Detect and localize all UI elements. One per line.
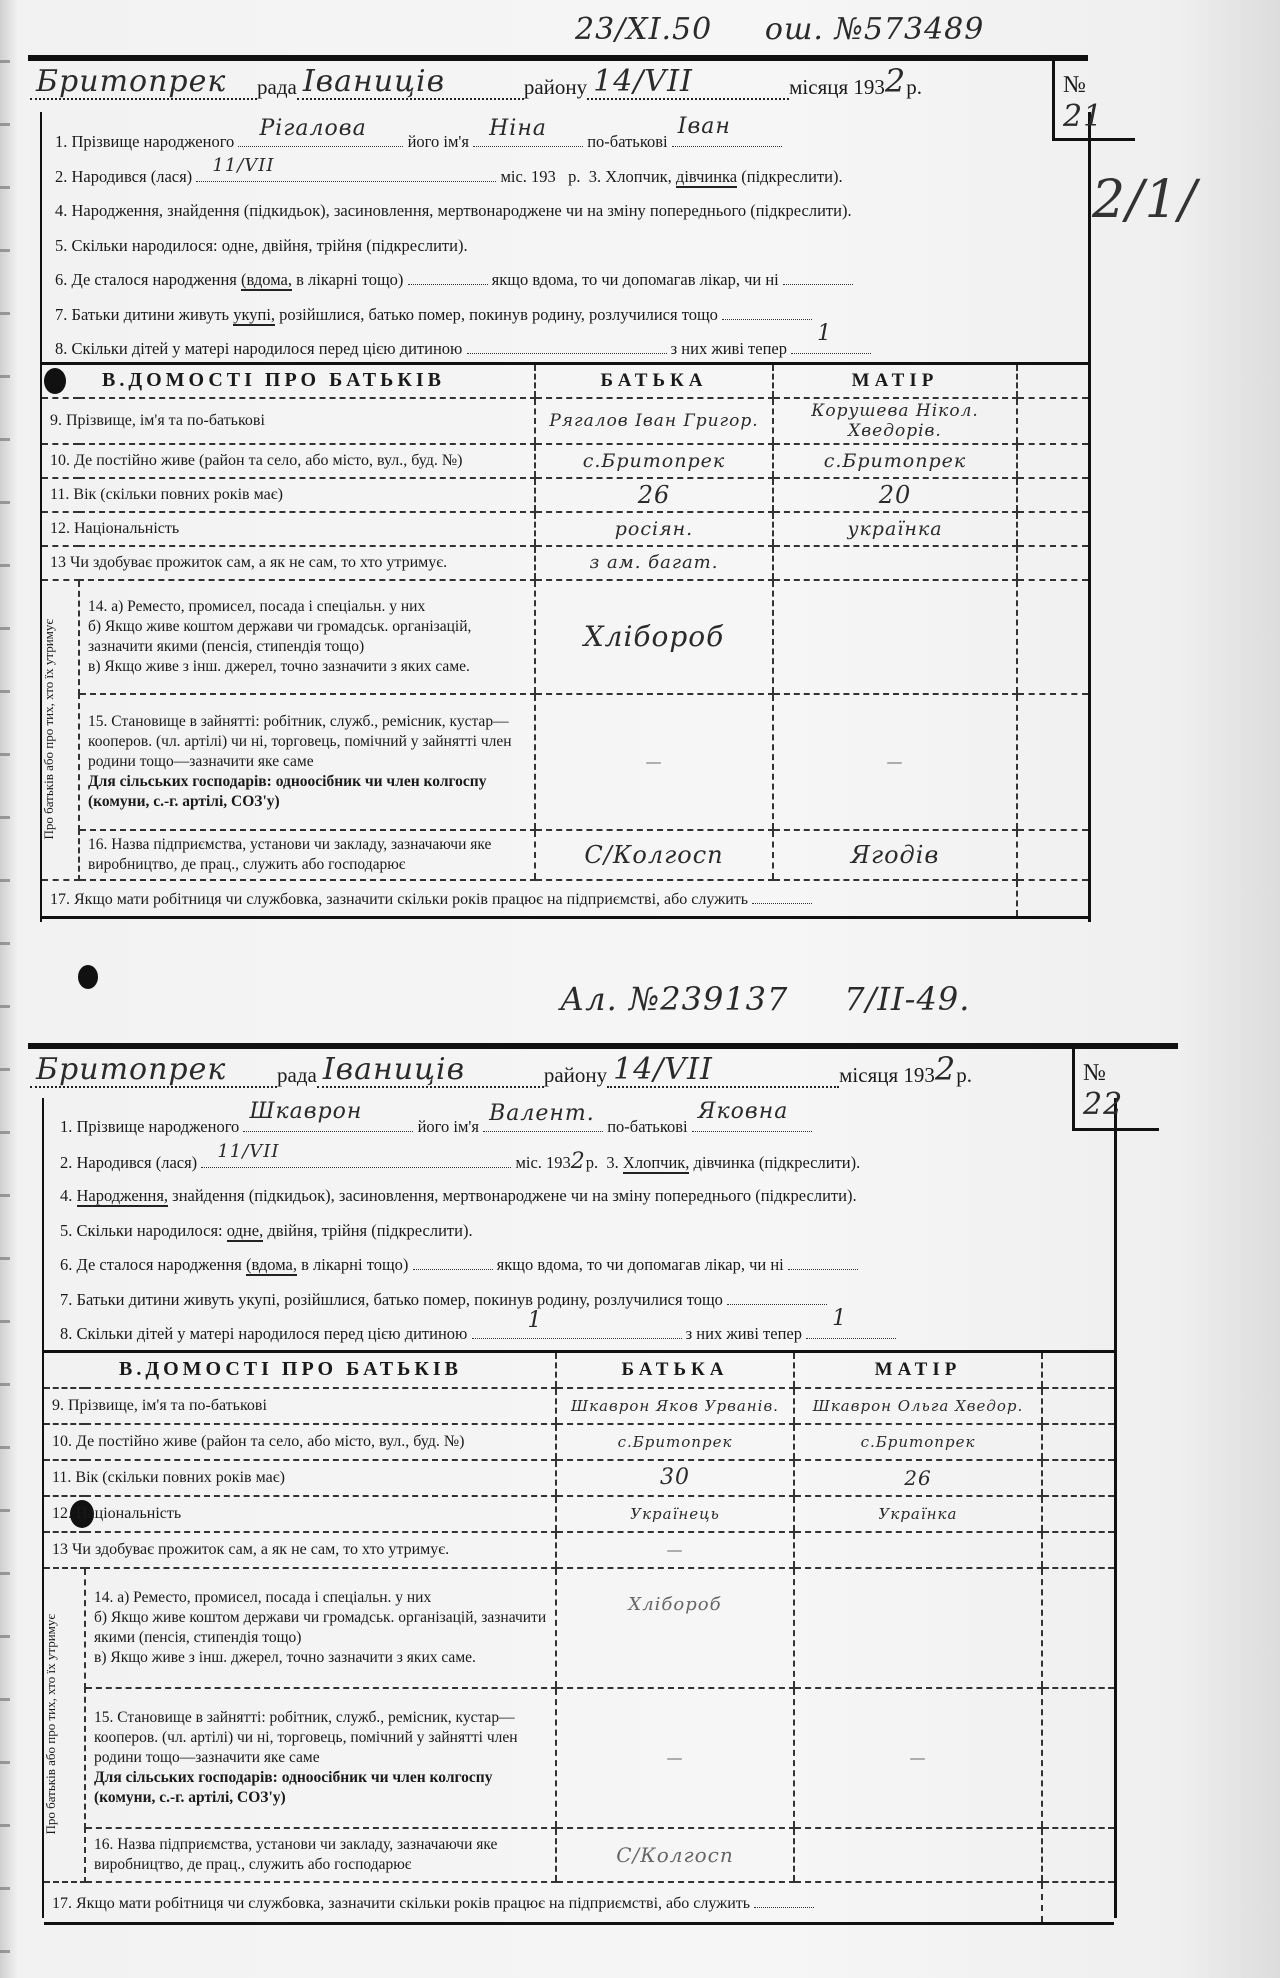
q16-row-2: 16. Назва підприємства, установи чи закл… [44,1828,1114,1882]
scanned-page: 23/XI.50 ош. №573489 Бритопрек рада Іван… [0,0,1280,1978]
q12-row: 12. Національність росіян. українка [42,512,1088,546]
q14a-label: 14. а) Реместо, промисел, посада і спеці… [88,597,526,617]
form1-questions: 1. Прізвище народженого Рігалова його ім… [55,125,1085,367]
q2-label: 2. Народився (лася) [55,167,192,186]
form1-q8-alive: 1 [811,317,838,352]
side-rotated-label-2: Про батьків або про тих, хто їх утримує [44,1614,58,1835]
form1-child-patronymic: Іван [672,110,737,145]
label-rada: рада [257,75,297,100]
q3-prefix: 3. [589,167,601,186]
q7-rest: розійшлися, батько помер, покинув родину… [279,305,718,324]
annotation-ref-2: Ал. №239137 [560,980,788,1018]
q7-line: 7. Батьки дитини живуть укупі, розійшлис… [55,298,1085,333]
q2-month-label-2: міс. 193 [515,1153,570,1172]
q15b-label: Для сільських господарів: одноосібник чи… [88,772,526,812]
q10-row-2: 10. Де постійно живе (район та село, або… [44,1424,1114,1460]
q5-rest: двійня, трійня (підкреслити). [262,236,467,255]
q15b-label-2: Для сільських господарів: одноосібник чи… [94,1768,547,1808]
q3-girl-2: дівчинка [694,1153,755,1172]
annotation-date: 23/XI.50 [575,12,712,47]
q12-row-2: 12. Національність Українець Українка [44,1496,1114,1532]
form2-mother-enterprise [794,1828,1042,1882]
q9-label-2: 9. Прізвище, ім'я та по-батькові [52,1397,267,1414]
annotation-date-2: 7/ІІ-49. [844,980,970,1018]
form2-mother-residence: с.Бритопрек [794,1424,1042,1460]
form1-father-nationality: росіян. [535,512,773,546]
q3-boy-underlined: Хлопчик, [623,1153,690,1174]
q14-row: Про батьків або про тих, хто їх утримує … [42,580,1088,694]
q7-prefix: 7. Батьки дитини живуть [55,305,229,324]
form2-father-age: 30 [556,1460,794,1496]
q9-row-2: 9. Прізвище, ім'я та по-батькові Шкаврон… [44,1388,1114,1424]
q9-row: 9. Прізвище, ім'я та по-батькові Рягалов… [42,398,1088,444]
q17-row-2: 17. Якщо мати робітниця чи службовка, за… [44,1882,1114,1924]
q8-alive-label: з них живі тепер [671,339,787,358]
q6-prefix: 6. Де сталося народження [55,270,237,289]
label-raion: району [524,75,587,100]
q7-prefix-2: 7. Батьки дитини живуть [60,1290,234,1309]
form2-questions: 1. Прізвище народженого Шкаврон його ім'… [60,1110,1110,1352]
q2-line: 2. Народився (лася) 11/VII міс. 193 р. 3… [55,160,1085,195]
label-raion-2: району [544,1063,607,1088]
form1-date: 14/VII [587,66,789,100]
label-number: № [1063,72,1086,98]
q6-line-2: 6. Де сталося народження (вдома, в лікар… [60,1248,1110,1283]
q6-doctor: якщо вдома, то чи допомагав лікар, чи ні [492,270,779,289]
q3-suffix-2: (підкреслити). [759,1153,860,1172]
form2-year-digit: 2 [935,1050,956,1088]
q5-line-2: 5. Скільки народилося: одне, двійня, трі… [60,1214,1110,1249]
q11-label-2: 11. Вік (скільки повних років має) [52,1469,285,1486]
form2-mother-name: Шкаврон Ольга Хведор. [794,1388,1042,1424]
q15-row: 15. Становище в зайнятті: робітник, служ… [42,694,1088,830]
q4-birth: Народження, [72,201,164,220]
form1-father-occupation: Хлібороб [535,580,773,694]
q6-rest: в лікарні тощо) [296,270,403,289]
q1-patronymic-label-2: по-батькові [607,1117,687,1136]
q4-rest: знайдення (підкидьок), засиновлення, мер… [167,201,851,220]
form1-mother-enterprise: Ягодів [773,830,1017,880]
q1-patronymic-label: по-батькові [587,132,667,151]
form1-village: Бритопрек [30,66,257,100]
q14-row-2: Про батьків або про тих, хто їх утримує … [44,1568,1114,1688]
form2-father-name: Шкаврон Яков Урванів. [556,1388,794,1424]
q2-month-label: міс. 193 [500,167,555,186]
annotation-ref: ош. №573489 [765,12,984,47]
form1-father-support: з ам. багат. [535,546,773,580]
q13-row: 13 Чи здобуває прожиток сам, а як не сам… [42,546,1088,580]
q3-prefix-2: 3. [606,1153,618,1172]
q13-label-2: 13 Чи здобуває прожиток сам, а як не сам… [52,1541,449,1558]
form2-village: Бритопрек [30,1054,277,1088]
side-rotated-label: Про батьків або про тих, хто їх утримує [42,619,56,840]
form2-father-employment: — [556,1688,794,1828]
q16-label: 16. Назва підприємства, установи чи закл… [88,835,526,875]
form2-child-surname: Шкаврон [243,1095,368,1130]
form1-mother-age: 20 [773,478,1017,512]
q4-line: 4. Народження, знайдення (підкидьок), за… [55,194,1085,229]
form2-q8-alive: 1 [826,1302,853,1337]
q8-label-2: 8. Скільки дітей у матері народилося пер… [60,1324,467,1343]
col-father-2: БАТЬКА [621,1359,728,1380]
ink-blot-2 [78,965,98,989]
form2-parents-table: В.ДОМОСТІ ПРО БАТЬКІВ БАТЬКА МАТІР 9. Пр… [44,1350,1114,1925]
q14c-label: в) Якщо живе з інш. джерел, точно зазнач… [88,657,526,677]
form2-father-residence: с.Бритопрек [556,1424,794,1460]
form1-child-name: Ніна [483,112,553,147]
label-number-2: № [1083,1060,1106,1086]
q11-row-2: 11. Вік (скільки повних років має) 30 26 [44,1460,1114,1496]
q6-prefix-2: 6. Де сталося народження [60,1255,242,1274]
top-annotation: 23/XI.50 ош. №573489 [575,12,984,47]
q3-girl-underlined: дівчинка [676,167,737,188]
form1-born: 11/VII [206,149,280,184]
label-year-suffix: р. [906,75,922,100]
section-title-2: В.ДОМОСТІ ПРО БАТЬКІВ [119,1358,462,1380]
form1-mother-support [773,546,1017,580]
q11-label: 11. Вік (скільки повних років має) [50,486,283,503]
q8-alive-label-2: з них живі тепер [686,1324,802,1343]
q17-row: 17. Якщо мати робітниця чи службовка, за… [42,880,1088,918]
label-rada-2: рада [277,1063,317,1088]
form2-father-support: — [556,1532,794,1568]
q2-r-label-2: р. [586,1153,598,1172]
form2-born: 11/VII [211,1135,285,1170]
form2-mother-support [794,1532,1042,1568]
q5-rest-2: двійня, трійня (підкреслити). [267,1221,472,1240]
form2-mother-employment: — [794,1688,1042,1828]
q2-line-2: 2. Народився (лася) 11/VII міс. 1932р. 3… [60,1145,1110,1180]
form1-header: Бритопрек рада Іваниців району 14/VII мі… [30,62,1060,100]
q7-together-2: укупі, [238,1290,280,1309]
q15-row-2: 15. Становище в зайнятті: робітник, служ… [44,1688,1114,1828]
q15-label-2: 15. Становище в зайнятті: робітник, служ… [94,1708,547,1768]
q3-boy: Хлопчик, [605,167,672,186]
q14b-label: б) Якщо живе коштом держави чи громадськ… [88,617,526,657]
q4-line-2: 4. Народження, знайдення (підкидьок), за… [60,1179,1110,1214]
form1-father-age: 26 [535,478,773,512]
form1-mother-occupation [773,580,1017,694]
form1-side-annotation: 2/1/ [1092,170,1197,230]
q6-home-underlined: (вдома, [241,270,292,291]
form2-mother-nationality: Українка [794,1496,1042,1532]
form2-mother-age: 26 [794,1460,1042,1496]
q4-rest-2: знайдення (підкидьок), засиновлення, мер… [172,1186,856,1205]
q10-label-2: 10. Де постійно живе (район та село, або… [52,1433,464,1450]
q13-row-2: 13 Чи здобуває прожиток сам, а як не сам… [44,1532,1114,1568]
q2-r-label: р. [568,167,580,186]
form1-father-residence: с.Бритопрек [535,444,773,478]
q16-label-2: 16. Назва підприємства, установи чи закл… [94,1835,547,1875]
section-title: В.ДОМОСТІ ПРО БАТЬКІВ [102,369,445,391]
label-month-year-2: місяця 193 [839,1063,935,1088]
form1-rada: Іваниців [297,66,524,100]
q1-name-label: його ім'я [408,132,469,151]
form1-year-digit: 2 [885,62,906,100]
form1-father-employment: — [535,694,773,830]
form1-mother-name: Корушева Нікол. Хведорів. [773,398,1017,444]
q6-rest-2: в лікарні тощо) [301,1255,408,1274]
col-mother-2: МАТІР [875,1359,962,1380]
form2-born-year-digit: 2 [571,1149,586,1174]
q2-label-2: 2. Народився (лася) [60,1153,197,1172]
q7-together-underlined: укупі, [233,305,275,326]
col-mother: МАТІР [852,370,939,391]
form2-date: 14/VII [607,1054,839,1088]
q11-row: 11. Вік (скільки повних років має) 26 20 [42,478,1088,512]
form1-father-enterprise: С/Колгосп [535,830,773,880]
form1-top-rule [28,55,1088,61]
q13-label: 13 Чи здобуває прожиток сам, а як не сам… [50,554,447,571]
form1-parents-table: В.ДОМОСТІ ПРО БАТЬКІВ БАТЬКА МАТІР 9. Пр… [42,362,1088,919]
q12-label: 12. Національність [50,520,179,537]
q7-rest-2: розійшлися, батько помер, покинув родину… [284,1290,723,1309]
q1-label-2: 1. Прізвище народженого [60,1117,239,1136]
q17-label-2: 17. Якщо мати робітниця чи службовка, за… [52,1895,750,1912]
form2-father-nationality: Українець [556,1496,794,1532]
form1-father-name: Рягалов Іван Григор. [535,398,773,444]
q6-line: 6. Де сталося народження (вдома, в лікар… [55,263,1085,298]
binding-marks [0,0,10,1978]
q14a-label-2: 14. а) Реместо, промисел, посада і спеці… [94,1588,547,1608]
q10-label: 10. Де постійно живе (район та село, або… [50,452,462,469]
q5-one-underlined: одне, [227,1221,263,1242]
q14c-label-2: в) Якщо живе з інш. джерел, точно зазнач… [94,1648,547,1668]
q1-name-label-2: його ім'я [418,1117,479,1136]
q17-label: 17. Якщо мати робітниця чи службовка, за… [50,891,748,908]
q12-label-2: 12. Національність [52,1505,181,1522]
q5-line: 5. Скільки народилося: одне, двійня, трі… [55,229,1085,264]
q5-prefix: 5. Скільки народилося: [55,236,218,255]
form2-mother-occupation [794,1568,1042,1688]
q4-prefix: 4. [55,201,67,220]
form2-father-enterprise: С/Колгосп [556,1828,794,1882]
q8-label: 8. Скільки дітей у матері народилося пер… [55,339,462,358]
form1-child-surname: Рігалова [253,112,372,147]
label-month-year: місяця 193 [789,75,885,100]
q15-label: 15. Становище в зайнятті: робітник, служ… [88,712,526,772]
form2-child-name: Валент. [483,1097,601,1132]
q9-label: 9. Прізвище, ім'я та по-батькові [50,412,265,429]
form2-father-occupation: Хлібороб [556,1568,794,1688]
form1-mother-employment: — [773,694,1017,830]
q6-home-underlined-2: (вдома, [246,1255,297,1276]
q16-row: 16. Назва підприємства, установи чи закл… [42,830,1088,880]
q4-prefix-2: 4. [60,1186,72,1205]
q7-line-2: 7. Батьки дитини живуть укупі, розійшлис… [60,1283,1110,1318]
q14b-label-2: б) Якщо живе коштом держави чи громадськ… [94,1608,547,1648]
q5-one: одне, [222,236,258,255]
form1-mother-nationality: українка [773,512,1017,546]
middle-annotation: Ал. №239137 7/ІІ-49. [560,980,970,1018]
q10-row: 10. Де постійно живе (район та село, або… [42,444,1088,478]
col-father: БАТЬКА [600,370,707,391]
q3-suffix: (підкреслити). [741,167,842,186]
form2-child-patronymic: Яковна [692,1095,795,1130]
q5-prefix-2: 5. Скільки народилося: [60,1221,223,1240]
form2-rada: Іваниців [317,1054,544,1088]
form2-header: Бритопрек рада Іваниців району 14/VII мі… [30,1050,1080,1088]
q6-doctor-2: якщо вдома, то чи допомагав лікар, чи ні [497,1255,784,1274]
q8-line-2: 8. Скільки дітей у матері народилося пер… [60,1317,1110,1352]
form2-q8-children: 1 [522,1304,549,1339]
form1-mother-residence: с.Бритопрек [773,444,1017,478]
q4-birth-underlined: Народження, [77,1186,169,1207]
form2-top-rule [28,1043,1178,1049]
label-year-suffix-2: р. [956,1063,972,1088]
